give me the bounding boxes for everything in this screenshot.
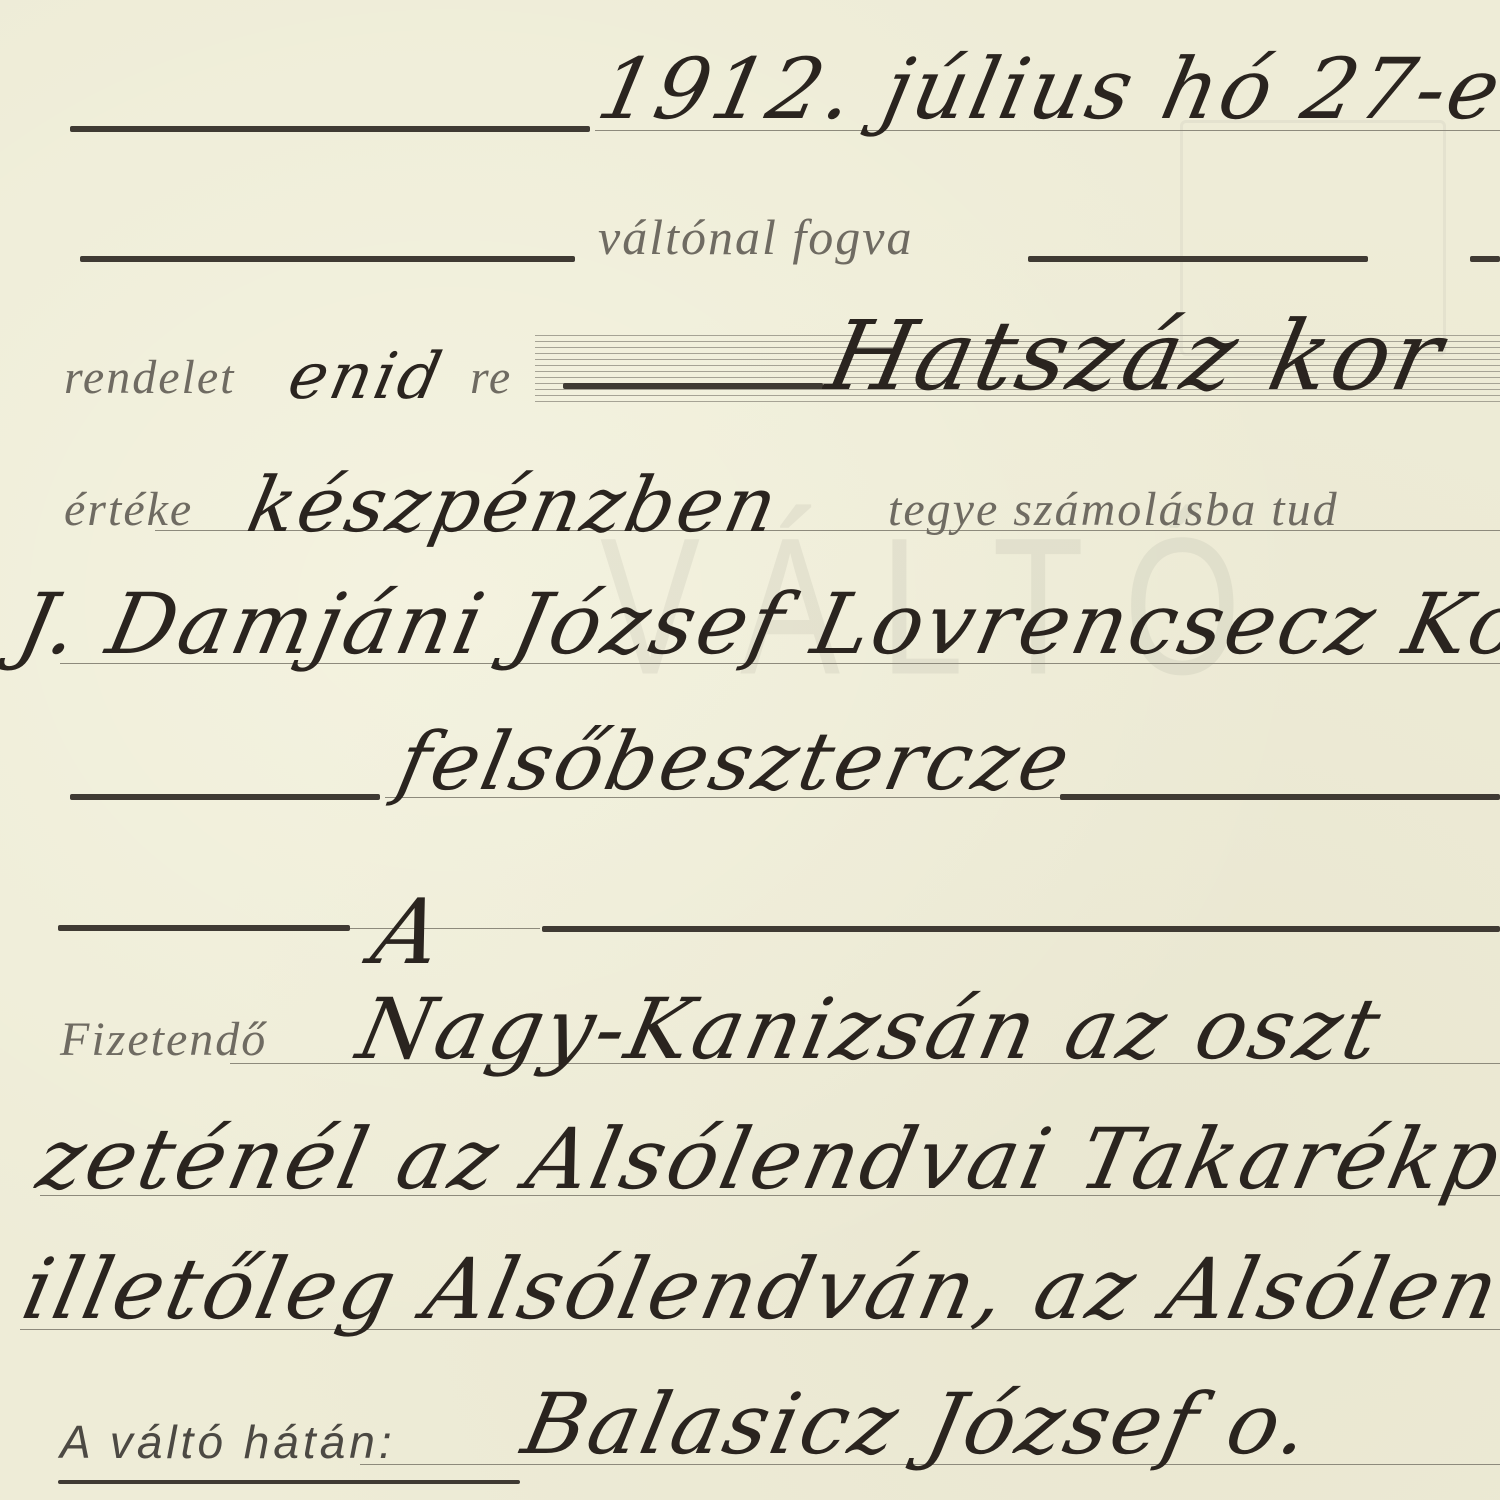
endorsement-label-rule bbox=[58, 1480, 520, 1484]
label-re: re bbox=[470, 350, 512, 405]
date-rule-left bbox=[70, 126, 590, 132]
payable-line2-handwritten: zeténél az Alsólendvai Takarékp bbox=[30, 1110, 1500, 1208]
label-valtonal-fogva: váltónal fogva bbox=[598, 208, 913, 266]
label-rendelet: rendelet bbox=[64, 350, 235, 405]
payable-line1-handwritten: Nagy-Kanizsán az oszt bbox=[350, 980, 1392, 1078]
endorsement-handwritten: Balasicz József o. bbox=[515, 1375, 1321, 1473]
amount-handwritten: Hatszáz kor bbox=[818, 300, 1454, 412]
rule-right-2b bbox=[1470, 256, 1500, 262]
label-a-valto-hatan: A váltó hátán: bbox=[60, 1415, 396, 1469]
label-tegye-szamolasba: tegye számolásba tud bbox=[888, 482, 1339, 537]
rule-right-7 bbox=[542, 926, 1500, 932]
rule-left-6 bbox=[70, 794, 380, 800]
rule-right-2 bbox=[1028, 256, 1368, 262]
date-handwritten: 1912. július hó 27-e bbox=[590, 40, 1500, 138]
order-handwritten: enid bbox=[282, 340, 450, 414]
rule-left-7 bbox=[58, 925, 350, 931]
drawee-name-handwritten: J. Damjáni József Lovrencsecz Ko bbox=[10, 575, 1500, 673]
amount-rule bbox=[563, 383, 823, 389]
value-handwritten: készpénzben bbox=[241, 460, 788, 549]
label-fizetendo: Fizetendő bbox=[60, 1012, 267, 1067]
label-erteke: értéke bbox=[64, 482, 193, 537]
drawee-city-handwritten: felsőbesztercze bbox=[390, 715, 1080, 808]
payable-line3-handwritten: illetőleg Alsólendván, az Alsólen bbox=[15, 1240, 1500, 1338]
rule-right-6 bbox=[1060, 794, 1500, 800]
rule-left-2 bbox=[80, 256, 575, 262]
